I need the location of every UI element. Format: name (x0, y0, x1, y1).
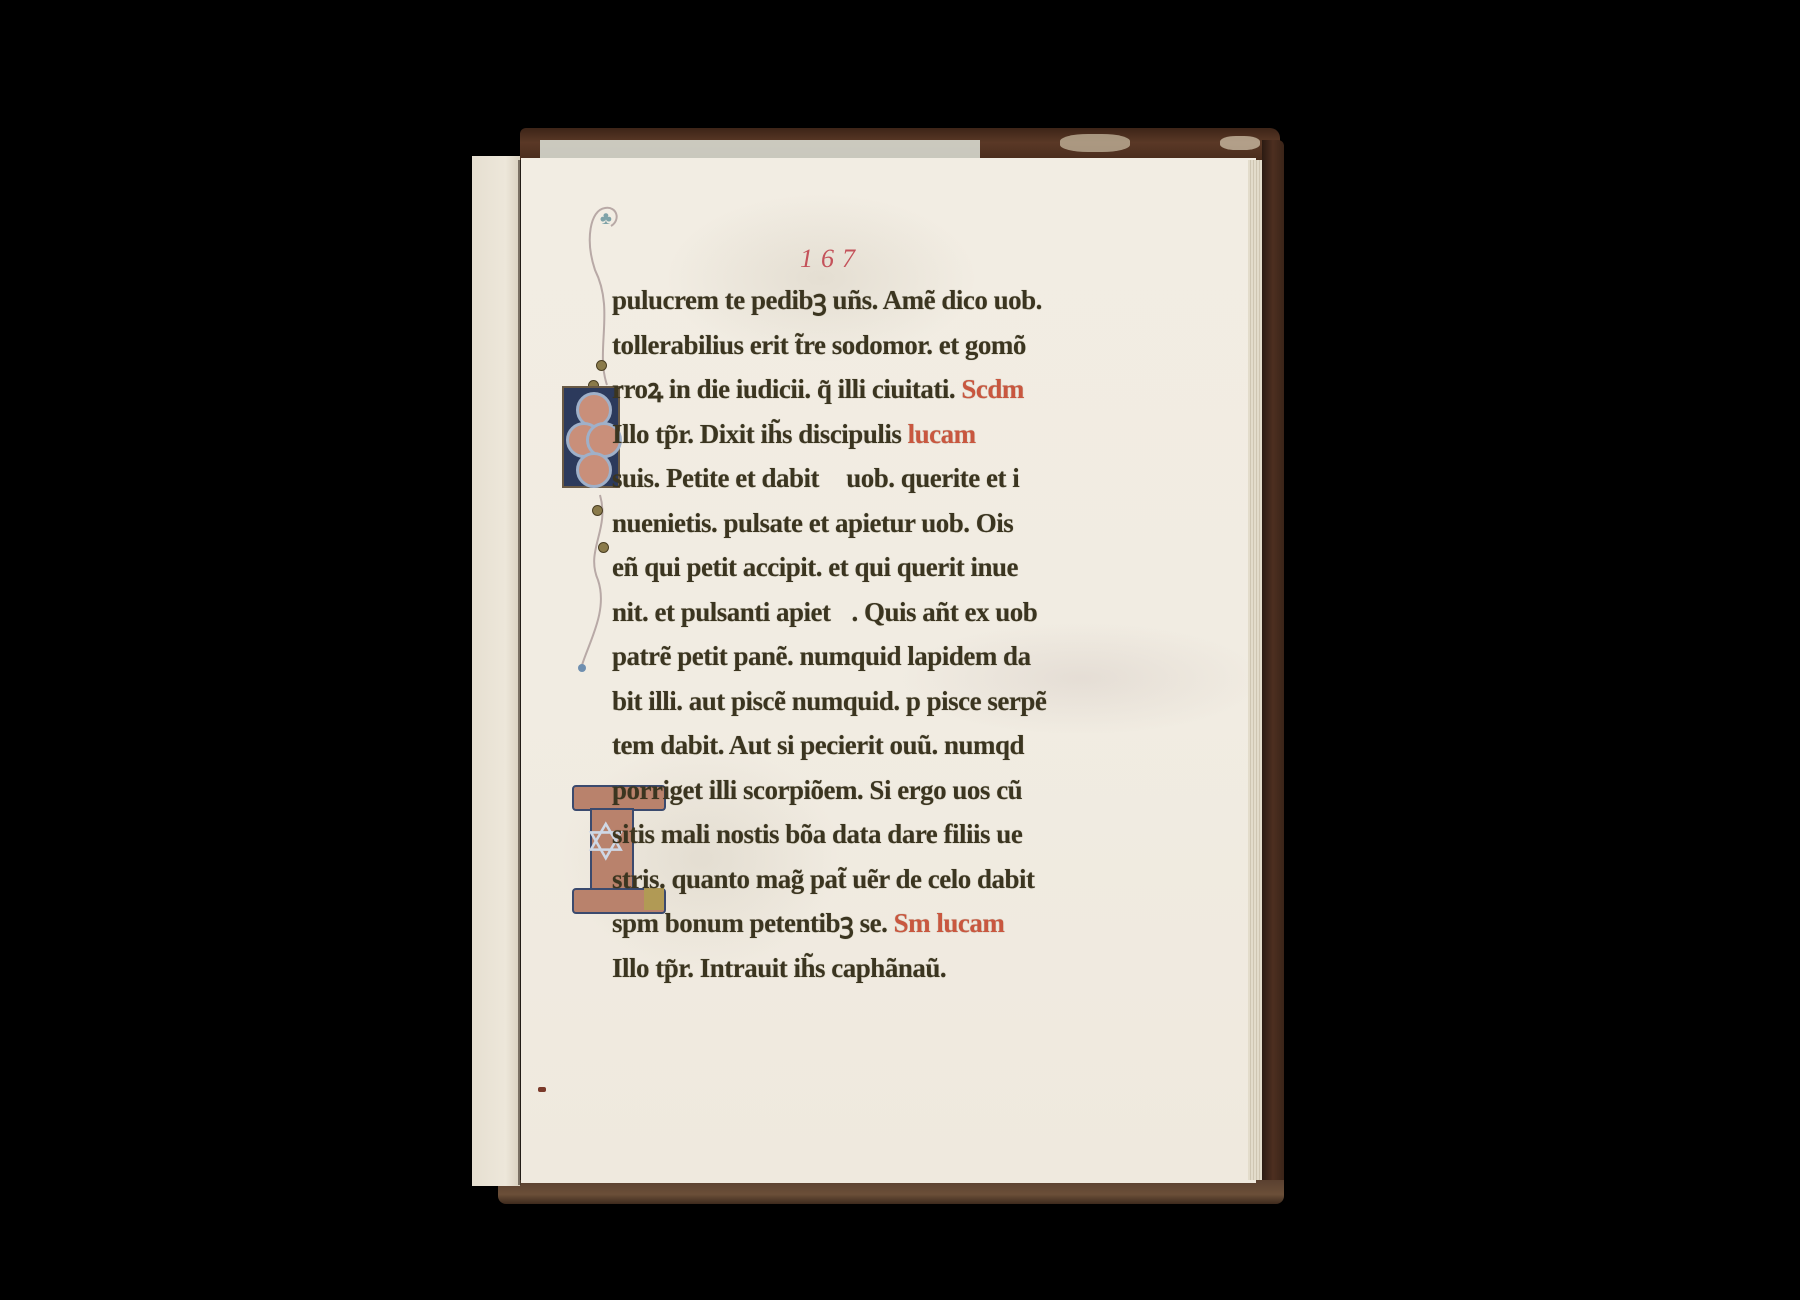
text-line: eñ qui petit accipit. et qui querit inue (612, 545, 1052, 590)
text-line: tollerabilius erit t̃re sodomor. et gomõ (612, 323, 1052, 368)
line-text: eñ qui petit accipit. et qui querit inue (612, 552, 1018, 582)
initial-lobe (576, 452, 612, 488)
text-line: nit. et pulsanti apiet᷑. Quis añt ex uob (612, 590, 1052, 635)
rubric-text: lucam (908, 419, 976, 449)
text-line: tem dabit. Aut si pecierit ouũ. numqd (612, 723, 1052, 768)
line-text: stris. quanto mag̃ pat̃ uẽr de celo dabi… (612, 864, 1035, 894)
line-text: Illo tp̃r. Dixit ih̃s discipulis (612, 419, 908, 449)
line-text: suis. Petite et dabit᷑ uob. querite et i (612, 463, 1019, 493)
gold-dot-icon (598, 542, 609, 553)
line-text: Illo tp̃r. Intrauit ih̃s caphãnaũ. (612, 953, 946, 983)
gold-dot-icon (592, 505, 603, 516)
line-text: spm bonum petentibꝫ se. (612, 908, 894, 938)
rubric-text: Sm lucam (894, 908, 1005, 938)
text-line: nuenietis. pulsate et apietur uob. Ois (612, 501, 1052, 546)
binding-wear (1060, 134, 1130, 152)
gold-dot-icon (596, 360, 607, 371)
text-line: suis. Petite et dabit᷑ uob. querite et i (612, 456, 1052, 501)
text-line: porriget illi scorpiõem. Si ergo uos cũ (612, 768, 1052, 813)
trefoil-icon: ♣ (600, 208, 612, 229)
verso-page-sliver (472, 156, 520, 1186)
flourish-scroll-icon (570, 490, 615, 680)
folio-number: 167 (800, 244, 863, 274)
line-text: porriget illi scorpiõem. Si ergo uos cũ (612, 775, 1022, 805)
text-line: Illo tp̃r. Dixit ih̃s discipulis lucam (612, 412, 1052, 457)
page-edges (1248, 160, 1262, 1180)
line-text: pulucrem te pedibꝫ uñs. Amẽ dico uob. (612, 285, 1042, 315)
line-text: nuenietis. pulsate et apietur uob. Ois (612, 508, 1013, 538)
text-line: sitis mali nostis bõa data dare filiis u… (612, 812, 1052, 857)
text-line: Illo tp̃r. Intrauit ih̃s caphãnaũ. (612, 946, 1052, 991)
binding-wear (1220, 136, 1260, 150)
line-text: tem dabit. Aut si pecierit ouũ. numqd (612, 730, 1024, 760)
binding-bottom-edge (498, 1180, 1284, 1204)
line-text: nit. et pulsanti apiet᷑. Quis añt ex uob (612, 597, 1037, 627)
text-block: pulucrem te pedibꝫ uñs. Amẽ dico uob. to… (612, 278, 1052, 990)
text-line: pulucrem te pedibꝫ uñs. Amẽ dico uob. (612, 278, 1052, 323)
margin-stain (538, 1087, 546, 1092)
text-line: patrẽ petit panẽ. numquid lapidem da (612, 634, 1052, 679)
line-text: tollerabilius erit t̃re sodomor. et gomõ (612, 330, 1026, 360)
line-text: patrẽ petit panẽ. numquid lapidem da (612, 641, 1031, 671)
text-line: rroꝝ in die iudicii. q̃ illi ciuitati. S… (612, 367, 1052, 412)
manuscript-photo: 167 ♣ ✡ pulucrem te pedibꝫ uñs. Amẽ dico… (0, 0, 1800, 1300)
binding-fore-edge (1262, 140, 1284, 1190)
rubric-text: Scdm (961, 374, 1024, 404)
line-text: sitis mali nostis bõa data dare filiis u… (612, 819, 1022, 849)
line-text: rroꝝ in die iudicii. q̃ illi ciuitati. (612, 374, 961, 404)
page-tab-strip (540, 140, 980, 158)
text-line: spm bonum petentibꝫ se. Sm lucam (612, 901, 1052, 946)
gutter (518, 160, 521, 1185)
text-line: stris. quanto mag̃ pat̃ uẽr de celo dabi… (612, 857, 1052, 902)
line-text: bit illi. aut piscẽ numquid. p pisce ser… (612, 686, 1046, 716)
text-line: bit illi. aut piscẽ numquid. p pisce ser… (612, 679, 1052, 724)
